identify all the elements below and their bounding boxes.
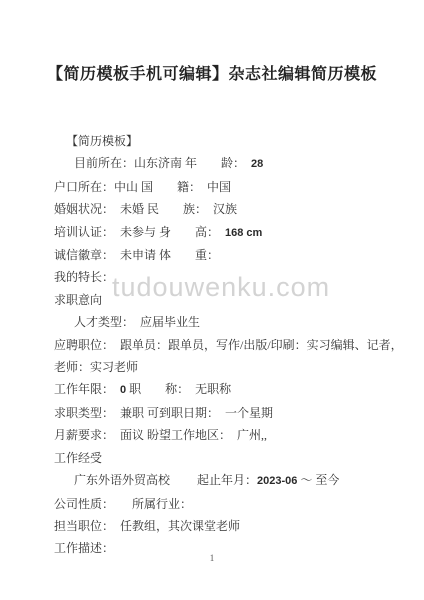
document-line: 广东外语外贸高校 起止年月：2023-06 ～ 至今 [0, 469, 424, 492]
document-line: 工作描述： [0, 537, 424, 559]
document-line: 老师：实习老师 [0, 356, 424, 378]
text-segment: 公司性质： 所属行业： [54, 497, 192, 511]
document-line: 婚姻状况： 未婚 民 族： 汉族 [0, 198, 424, 220]
bold-value: 28 [251, 158, 263, 170]
document-line: 月薪要求： 面议 盼望工作地区： 广州,, [0, 424, 424, 446]
document-line: 【简历模板】 [0, 130, 424, 152]
text-segment: 培训认证： 未参与 身 高： [54, 225, 225, 239]
document-title: 【简历模板手机可编辑】杂志社编辑简历模板 [28, 60, 396, 90]
text-segment: 求职意向 [54, 293, 102, 307]
document-line: 公司性质： 所属行业： [0, 493, 424, 515]
text-segment: 工作年限： [54, 382, 120, 396]
document-line: 担当职位： 任教组，其次课堂老师 [0, 515, 424, 537]
text-segment: 工作描述： [54, 541, 114, 555]
document-line: 培训认证： 未参与 身 高： 168 cm [0, 221, 424, 244]
text-segment: 广东外语外贸高校 起止年月： [74, 473, 257, 487]
text-segment: 婚姻状况： 未婚 民 族： 汉族 [54, 202, 237, 216]
bold-value: 168 cm [225, 227, 262, 239]
text-segment: ～ 至今 [297, 473, 339, 487]
document-body: 【简历模板】目前所在：山东济南 年 龄： 28户口所在：中山 国 籍： 中国婚姻… [0, 130, 424, 560]
document-line: 户口所在：中山 国 籍： 中国 [0, 176, 424, 198]
document-line: 诚信徽章： 未申请 体 重： [0, 244, 424, 266]
text-segment: 担当职位： 任教组，其次课堂老师 [54, 519, 240, 533]
text-segment: 老师：实习老师 [54, 360, 138, 374]
document-line: 目前所在：山东济南 年 龄： 28 [0, 152, 424, 175]
text-segment: 职 称： 无职称 [126, 382, 231, 396]
document-line: 求职意向 [0, 289, 424, 311]
text-segment: 【简历模板】 [66, 134, 138, 148]
text-segment: 应聘职位： 跟单员：跟单员，写作/出版/印刷：实习编辑、记者， [54, 338, 403, 352]
document-line: 工作年限： 0 职 称： 无职称 [0, 378, 424, 401]
text-segment: 诚信徽章： 未申请 体 重： [54, 248, 219, 262]
document-page: tudouwenku.com 【简历模板手机可编辑】杂志社编辑简历模板 【简历模… [0, 0, 424, 600]
text-segment: 求职类型： 兼职 可到职日期： 一个星期 [54, 406, 273, 420]
text-segment: 月薪要求： 面议 盼望工作地区： 广州,, [54, 428, 267, 442]
text-segment: 我的特长： [54, 270, 114, 284]
bold-value: 2023-06 [257, 475, 297, 487]
text-segment: 目前所在：山东济南 年 龄： [74, 156, 251, 170]
text-segment: 户口所在：中山 国 籍： 中国 [54, 180, 231, 194]
document-line: 工作经受 [0, 447, 424, 469]
document-line: 应聘职位： 跟单员：跟单员，写作/出版/印刷：实习编辑、记者， [0, 334, 424, 356]
text-segment: 人才类型： 应届毕业生 [74, 315, 200, 329]
document-line: 人才类型： 应届毕业生 [0, 311, 424, 333]
text-segment: 工作经受 [54, 451, 102, 465]
document-line: 我的特长： [0, 266, 424, 288]
document-line: 求职类型： 兼职 可到职日期： 一个星期 [0, 402, 424, 424]
